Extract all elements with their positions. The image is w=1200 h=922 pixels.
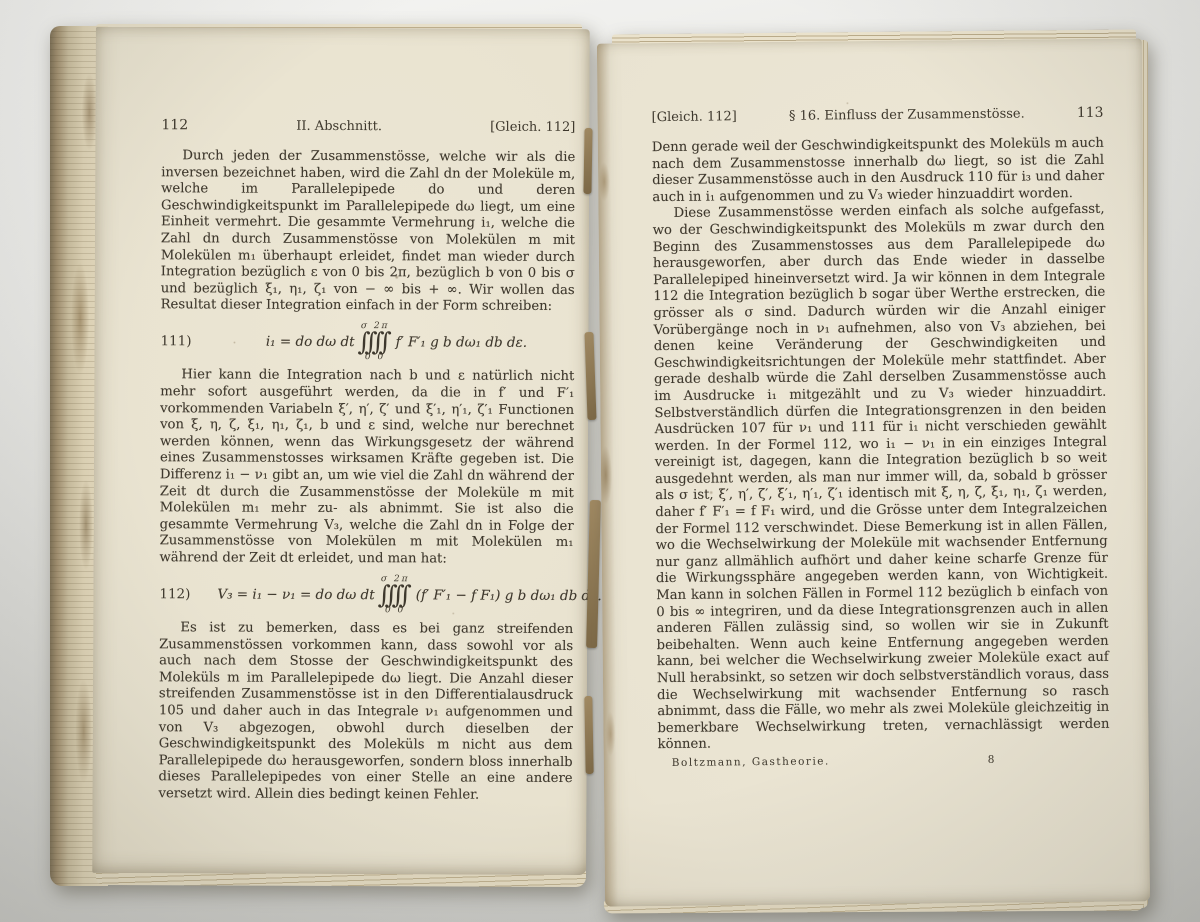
equation-number: 112)	[159, 586, 217, 602]
equation-body: V₃ = i₁ − ν₁ = do dω dt σ 2π ∫∫∫∫ 0 0 (f…	[217, 574, 602, 616]
right-page-text-block: [Gleich. 112] § 16. Einfluss der Zusamme…	[652, 105, 1110, 771]
equation-lhs: V₃ = i₁ − ν₁ = do dω dt	[217, 586, 374, 603]
running-title-right: § 16. Einfluss der Zusammenstösse.	[789, 107, 1025, 124]
equation-rhs: (f′ F′₁ − f F₁) g b dω₁ db dε.	[416, 587, 602, 604]
running-title-left: II. Abschnitt.	[296, 119, 382, 134]
integral-signs: ∫∫∫∫	[378, 584, 413, 607]
paragraph: Es ist zu bemerken, dass es bei ganz str…	[158, 620, 573, 804]
paragraph: Diese Zusammenstösse werden einfach als …	[652, 202, 1109, 754]
integral-signs: ∫∫∫∫	[357, 331, 392, 354]
integral-group: σ 2π ∫∫∫∫ 0 0	[378, 575, 413, 616]
right-page: [Gleich. 112] § 16. Einfluss der Zusamme…	[597, 38, 1150, 906]
left-page-text-block: 112 II. Abschnitt. [Gleich. 112] Durch j…	[158, 117, 575, 804]
equation-number: 111)	[160, 333, 218, 349]
book-photo: 112 II. Abschnitt. [Gleich. 112] Durch j…	[0, 0, 1200, 922]
paragraph: Denn gerade weil der Geschwindigkeitspun…	[652, 136, 1105, 207]
spine-glue-remnant	[584, 332, 596, 420]
integral-lower-limits: 0 0	[385, 606, 405, 615]
left-page-header: 112 II. Abschnitt. [Gleich. 112]	[161, 117, 575, 135]
page-number-113: 113	[1077, 105, 1104, 121]
left-page-stack: 112 II. Abschnitt. [Gleich. 112] Durch j…	[50, 24, 588, 886]
equation-rhs: f′ F′₁ g b dω₁ db dε.	[396, 334, 528, 351]
sheet-signature-number: 8	[988, 754, 995, 766]
left-page: 112 II. Abschnitt. [Gleich. 112] Durch j…	[92, 27, 590, 875]
integral-group: σ 2π ∫∫∫∫ 0 0	[357, 322, 392, 363]
page-number-112: 112	[161, 117, 188, 133]
right-page-stack: [Gleich. 112] § 16. Einfluss der Zusamme…	[596, 32, 1148, 912]
publisher-signature: Boltzmann, Gastheorie.	[672, 755, 830, 769]
equation-lhs: i₁ = do dω dt	[266, 334, 355, 350]
equation-body: i₁ = do dω dt σ 2π ∫∫∫∫ 0 0 f′ F′₁ g b d…	[218, 321, 574, 363]
paragraph: Hier kann die Integration nach b und ε n…	[159, 368, 574, 569]
equation-reference-right: [Gleich. 112]	[652, 109, 737, 125]
spine-glue-remnant	[584, 696, 593, 774]
equation-reference-left: [Gleich. 112]	[490, 120, 575, 135]
paragraph: Durch jeden der Zusammenstösse, welche w…	[161, 148, 576, 316]
right-page-header: [Gleich. 112] § 16. Einfluss der Zusamme…	[652, 105, 1104, 125]
equation-112: 112) V₃ = i₁ − ν₁ = do dω dt σ 2π ∫∫∫∫ 0…	[159, 574, 573, 616]
right-page-footer: Boltzmann, Gastheorie. 8	[658, 753, 1110, 771]
integral-lower-limits: 0 0	[365, 354, 385, 363]
torn-inner-edge	[597, 43, 621, 906]
spine-glue-remnant	[583, 128, 592, 194]
equation-111: 111) i₁ = do dω dt σ 2π ∫∫∫∫ 0 0 f′ F′₁ …	[160, 321, 574, 363]
